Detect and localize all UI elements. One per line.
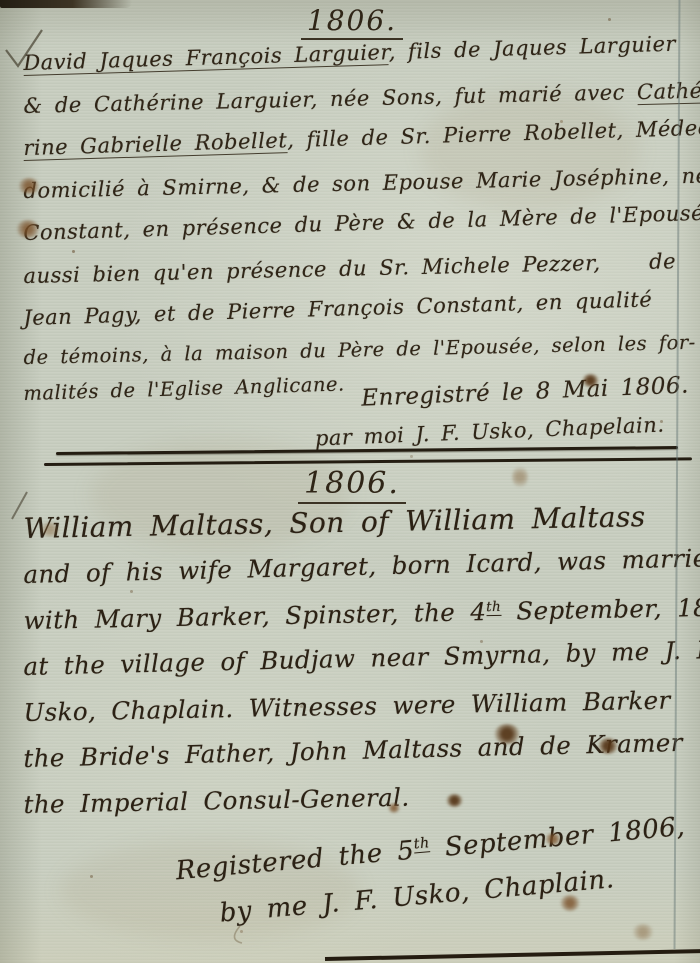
underlined-name: Cathé- [637,78,700,105]
text-segment: par moi J. F. Usko, Chapelain. [315,412,665,450]
ordinal-superscript: th [413,836,430,854]
underlined-name: David Jaques François Larguier [23,40,389,76]
text-segment: , fils de Jaques Larguier [388,32,676,65]
underlined-name: rine Gabrielle Robellet [23,128,288,161]
text-segment: the Imperial Consul-General. [23,783,410,819]
entry-body: David Jaques François Larguier, fils de … [24,42,680,412]
text-segment: at the village of Budjaw near Smyrna, by… [23,635,700,681]
ink-stain [494,724,520,744]
text-segment: September, 1806, [501,592,700,626]
manuscript-page: 1806. David Jaques François Larguier, fi… [0,0,700,963]
ink-stain [632,924,654,940]
registration-note-french: Enregistré le 8 Mai 1806.par moi J. F. U… [313,366,691,457]
ink-stain [388,803,400,813]
text-segment: Jean Pagy, et de Pierre François Constan… [23,287,653,330]
text-segment: Usko, Chaplain. Witnesses were William B… [23,686,671,727]
marriage-entry-french: 1806. David Jaques François Larguier, fi… [24,4,680,412]
ink-stain [545,833,561,845]
ink-stain [512,466,528,488]
ordinal-superscript: th [486,599,501,616]
ink-stain [446,794,463,807]
ink-stain [16,220,40,238]
ink-stain [18,178,40,194]
text-segment: the Bride's Father, John Maltass and de … [23,728,683,773]
ink-stain [582,374,599,387]
ink-stain [40,522,60,537]
text-segment: and of his wife Margaret, born Icard, wa… [23,543,700,589]
ink-stain [598,738,618,754]
text-segment: malités de l'Eglise Anglicane. [23,372,345,405]
text-segment: , fille de Sr. Pierre Robellet, Médecin [287,115,700,152]
entry-body: William Maltass, Son of William Maltassa… [24,506,680,828]
foxing-specks [72,250,75,253]
text-segment: with Mary Barker, Spinster, the 4 [23,597,486,635]
binding-edge-shadow [0,0,132,8]
bottom-separator-rule [325,949,700,961]
ink-stain [560,895,580,911]
marriage-entry-english: 1806. William Maltass, Son of William Ma… [24,466,680,828]
